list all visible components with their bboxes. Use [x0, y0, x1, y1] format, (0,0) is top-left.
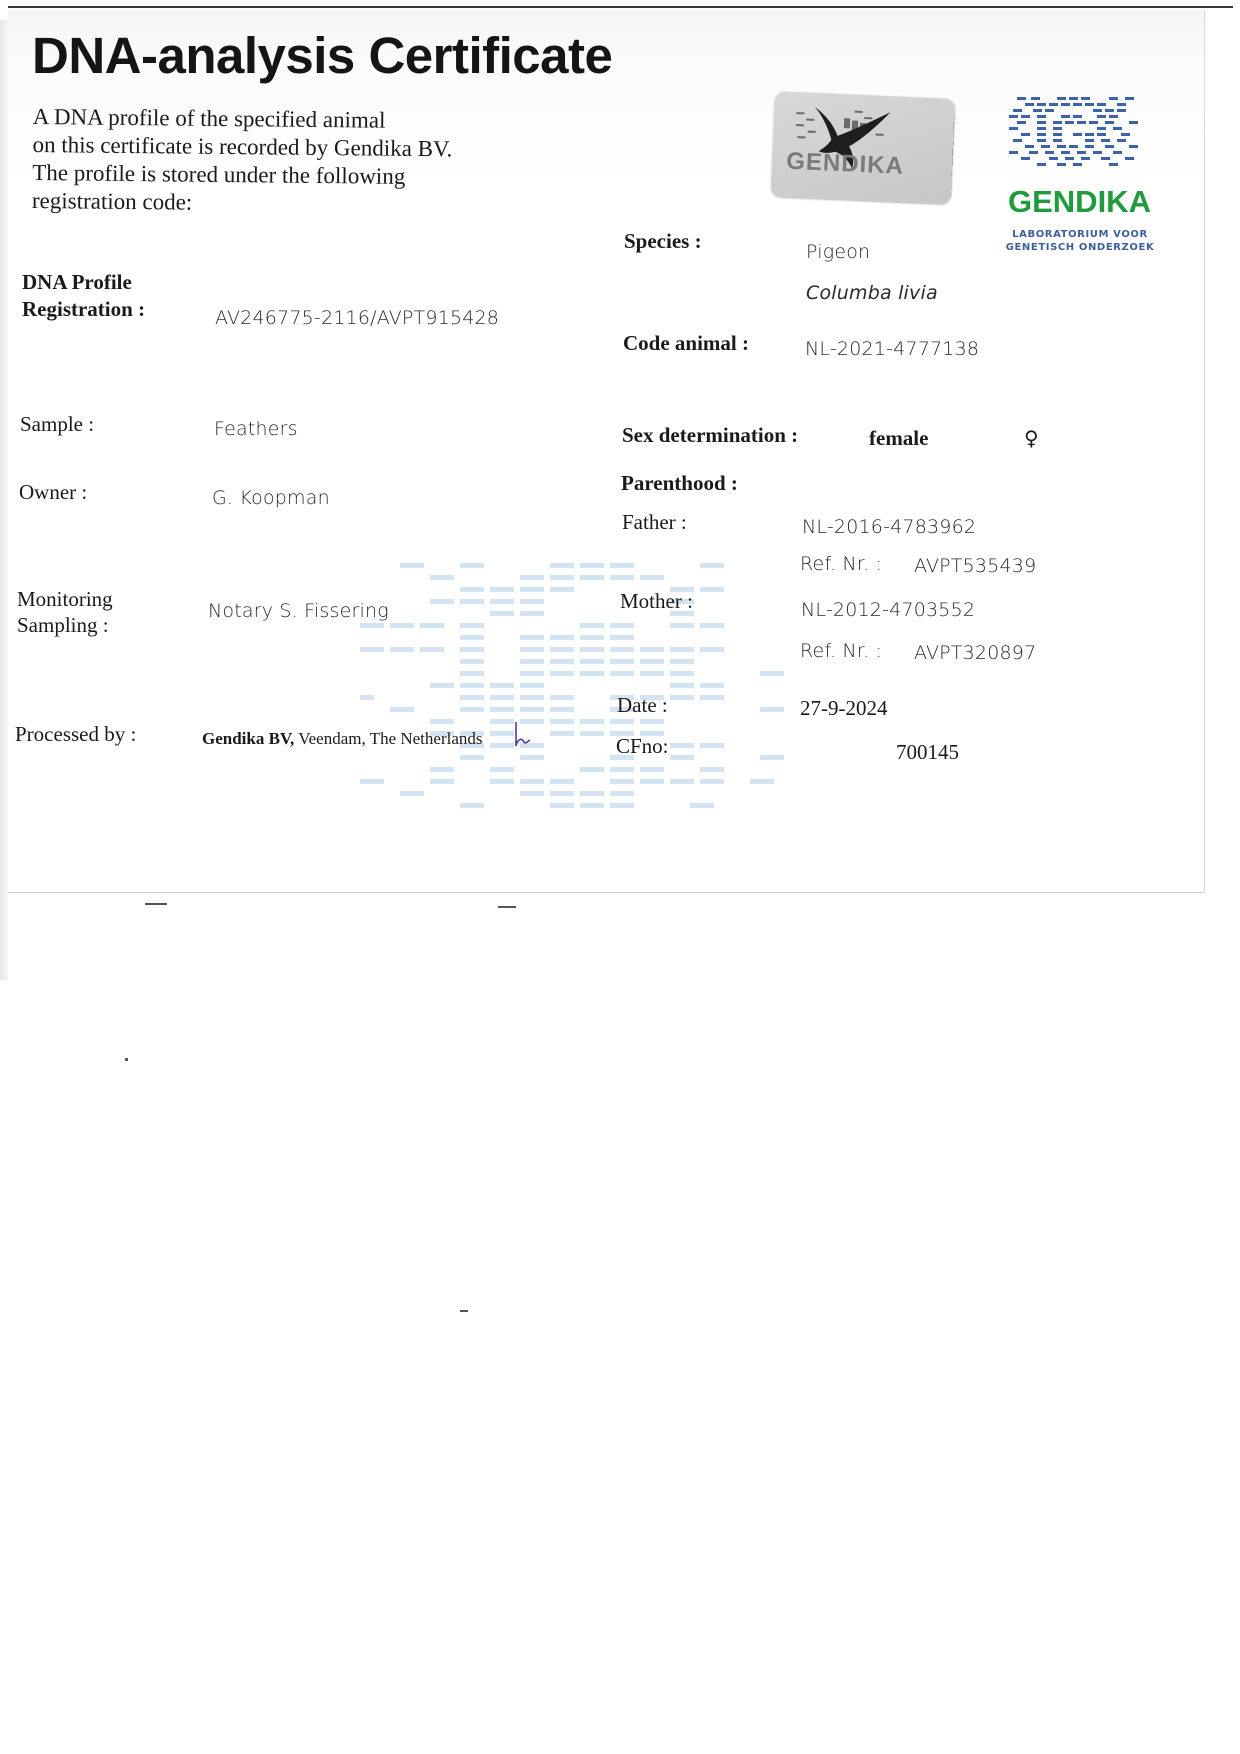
signature-mark-icon: [510, 720, 532, 750]
father-ref-label: Ref. Nr. :: [800, 553, 882, 575]
date-value: 27-9-2024: [800, 696, 888, 721]
intro-line: A DNA profile of the specified animal: [33, 103, 453, 135]
logo-name: GENDIKA: [1008, 184, 1155, 220]
cfno-label: CFno:: [616, 734, 669, 759]
mother-code: NL-2012-4703552: [801, 599, 975, 621]
dna-watermark-icon: [360, 555, 820, 825]
parenthood-label: Parenthood :: [621, 471, 738, 496]
registration-label-line2: Registration :: [22, 297, 145, 322]
sex-determination-label: Sex determination :: [622, 423, 798, 448]
intro-line: registration code:: [32, 187, 452, 219]
monitoring-label-line1: Monitoring: [17, 587, 113, 612]
registration-label-line1: DNA Profile: [22, 270, 132, 295]
female-symbol-icon: ♀: [1024, 426, 1039, 450]
father-ref-value: AVPT535439: [914, 555, 1036, 577]
dna-tested-stamp: GENDIKA DNA TESTED: [771, 91, 955, 204]
code-animal-label: Code animal :: [623, 331, 749, 356]
date-label: Date :: [617, 693, 668, 718]
intro-line: The profile is stored under the followin…: [32, 159, 452, 191]
scan-mark: [125, 1058, 128, 1061]
dna-g-logo-icon: [1007, 95, 1142, 180]
registration-value: AV246775-2116/AVPT915428: [215, 307, 499, 329]
scan-mark: [460, 1310, 468, 1312]
scan-mark: [145, 903, 167, 905]
gendika-logo: GENDIKA LABORATORIUM VOOR GENETISCH ONDE…: [1005, 95, 1155, 254]
sex-value: female: [869, 426, 928, 451]
code-animal-value: NL-2021-4777138: [805, 338, 979, 360]
logo-subtitle-line: LABORATORIUM VOOR: [1005, 228, 1155, 241]
species-common-name: Pigeon: [806, 241, 870, 263]
species-label: Species :: [624, 229, 702, 254]
scan-top-edge: [8, 6, 1233, 8]
father-code: NL-2016-4783962: [802, 516, 976, 538]
sample-label: Sample :: [20, 412, 94, 437]
owner-label: Owner :: [19, 480, 87, 505]
stamp-brand: GENDIKA: [786, 148, 905, 181]
logo-subtitle-line: GENETISCH ONDERZOEK: [1005, 241, 1155, 254]
monitoring-label-line2: Sampling :: [17, 613, 109, 638]
monitoring-value: Notary S. Fissering: [208, 600, 389, 622]
processed-by-location: Veendam, The Netherlands: [298, 729, 482, 748]
species-latin-name: Columba livia: [806, 282, 938, 304]
mother-ref-label: Ref. Nr. :: [800, 640, 882, 662]
logo-subtitle: LABORATORIUM VOOR GENETISCH ONDERZOEK: [1005, 228, 1155, 254]
intro-text: A DNA profile of the specified animal on…: [32, 103, 453, 219]
scan-mark: [498, 906, 516, 908]
mother-label: Mother :: [620, 589, 693, 614]
sample-value: Feathers: [214, 418, 298, 440]
cfno-value: 700145: [896, 740, 959, 765]
processed-by-label: Processed by :: [15, 722, 136, 747]
owner-value: G. Koopman: [212, 487, 330, 509]
father-label: Father :: [622, 510, 687, 535]
processed-by-company: Gendika BV,: [202, 729, 294, 748]
page-title: DNA-analysis Certificate: [32, 26, 612, 85]
mother-ref-value: AVPT320897: [914, 642, 1036, 664]
processed-by-value: Gendika BV, Veendam, The Netherlands: [202, 729, 483, 749]
scan-left-edge: [0, 20, 8, 980]
intro-line: on this certificate is recorded by Gendi…: [32, 131, 452, 163]
